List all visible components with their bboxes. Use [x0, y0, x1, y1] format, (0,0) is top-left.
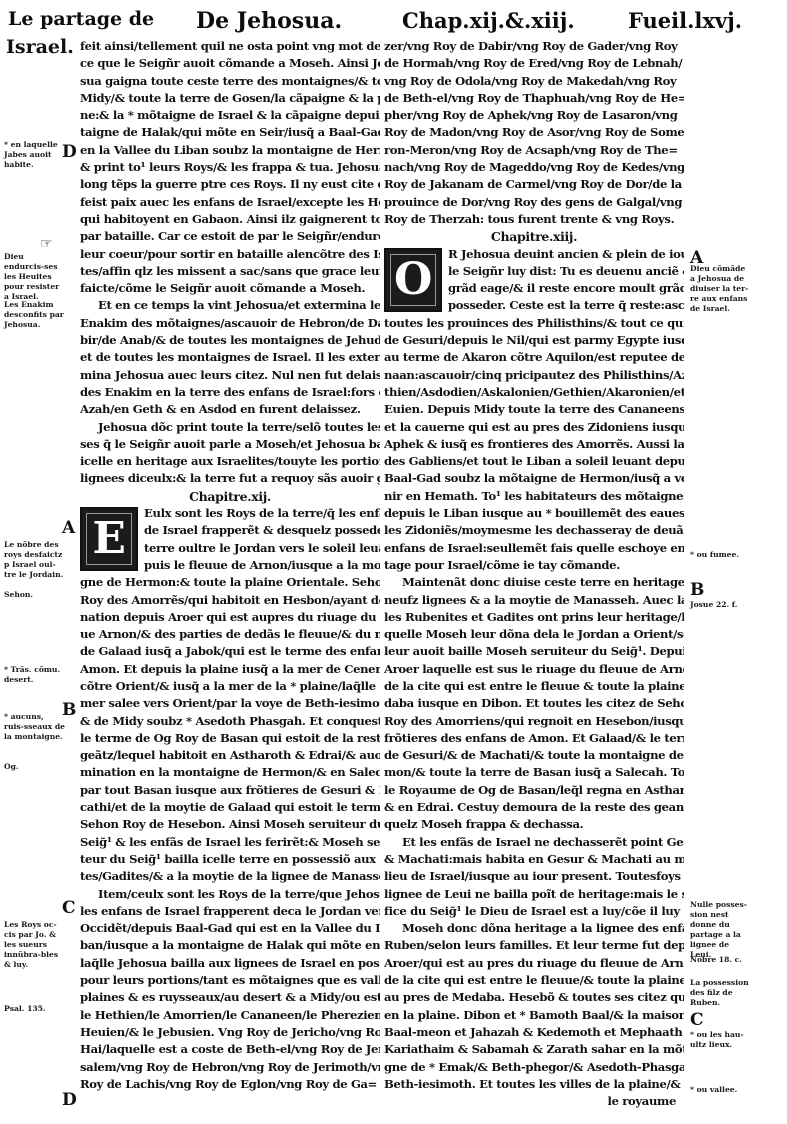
text-line: feist paix auec les enfans de Israel/exc… [80, 194, 380, 211]
margin-note: * aucuns, ruis-sseaux de la montaigne. [4, 712, 66, 742]
paragraph-first-line: Et les enfãs de Israel ne dechasserẽt po… [384, 834, 684, 851]
margin-note: Dieu endurcis-ses les Heuites pour resis… [4, 252, 66, 302]
text-line: ron-Meron/vng Roy de Acsaph/vng Roy de T… [384, 142, 684, 159]
text-line: Aroer laquelle est sus le riuage du fleu… [384, 661, 684, 678]
text-line: feit ainsi/tellement quil ne osta point … [80, 38, 380, 55]
paragraph-first-line: Moseh donc dõna heritage a la lignee des… [384, 920, 684, 937]
text-line: par tout Basan iusque aux frõtieres de G… [80, 782, 380, 799]
margin-section-letter: A [62, 518, 75, 538]
text-line: au pres de Medaba. Hesebõ & toutes ses c… [384, 989, 684, 1006]
text-line: Baal-Gad soubz la mõtaigne de Hermon/ius… [384, 470, 684, 487]
margin-note: Les Enakim desconfits par Jehosua. [4, 300, 66, 330]
margin-section-letter: D [62, 1090, 77, 1110]
chapter-heading: Chapitre.xij. [80, 488, 380, 505]
margin-section-letter: D [62, 142, 77, 162]
margin-note: Nulle posses-sion nest donne du partage … [690, 900, 752, 960]
text-line: prouince de Dor/vng Roy des gens de Galg… [384, 194, 684, 211]
paragraph-first-line: Maintenãt donc diuise ceste terre en her… [384, 574, 684, 591]
running-word: Israel. [6, 36, 74, 58]
folio-number: Fueil.lxvj. [628, 8, 742, 33]
document-page: Le partage de De Jehosua. Chap.xij.&.xii… [0, 0, 787, 1124]
text-line: ses q̃ le Seigñr auoit parle a Moseh/et… [80, 436, 380, 453]
text-line: long tẽps la guerre ptre ces Roys. Il ny… [80, 176, 380, 193]
margin-note: * Trãs. cõmu. desert. [4, 665, 66, 685]
text-line: tage pour Israel/cõme ie tay cõmande. [384, 557, 684, 574]
text-line: par bataille. Car ce estoit de par le Se… [80, 228, 380, 245]
chapter-heading: Chapitre.xiij. [384, 228, 684, 245]
text-line: Enakim des mõtaignes/ascauoir de Hebron/… [80, 315, 380, 332]
running-head-left: Le partage de [8, 8, 154, 30]
pointing-hand-icon: ☞ [40, 236, 53, 252]
text-line: tes/affin qlz les missent a sac/sans que… [80, 263, 380, 280]
margin-note: * ou vallee. [690, 1085, 752, 1095]
text-line: vng Roy de Odola/vng Roy de Makedah/vng … [384, 73, 684, 90]
margin-note: * en laquelle Jabes auoit habite. [4, 140, 66, 170]
text-line: Roy de Therzah: tous furent trente & vng… [384, 211, 684, 228]
text-line: qui habitoyent en Gabaon. Ainsi ilz gaig… [80, 211, 380, 228]
text-line: mer salee vers Orient/par la voye de Bet… [80, 695, 380, 712]
text-line: Heuien/& le Jebusien. Vng Roy de Jericho… [80, 1024, 380, 1041]
text-line: ban/iusque a la montaigne de Halak qui m… [80, 937, 380, 954]
text-line: sua gaigna toute ceste terre des montaig… [80, 73, 380, 90]
paragraph-first-line: Item/ceulx sont les Roys de la terre/que… [80, 886, 380, 903]
margin-section-letter: C [690, 1010, 704, 1030]
text-line: Aphek & iusq̃ es frontieres des Amorrẽs.… [384, 436, 684, 453]
text-line: mina Jehosua auec leurs citez. Nul nen f… [80, 367, 380, 384]
text-line: salem/vng Roy de Hebron/vng Roy de Jerim… [80, 1059, 380, 1076]
text-line: le terme de Og Roy de Basan qui estoit d… [80, 730, 380, 747]
text-line: plaines & es ruysseaux/au desert & a Mid… [80, 989, 380, 1006]
text-line: nach/vng Roy de Mageddo/vng Roy de Kedes… [384, 159, 684, 176]
text-line: Beth-iesimoth. Et toutes les villes de l… [384, 1076, 684, 1093]
text-line: au terme de Akaron cõtre Aquilon/est rep… [384, 349, 684, 366]
margin-note: Josue 22. f. [690, 600, 752, 610]
text-line: fice du Seig̃¹ le Dieu de Israel est a l… [384, 903, 684, 920]
text-line: frõtieres des enfans de Amon. Et Galaad/… [384, 730, 684, 747]
text-line: de Gesuri/& de Machati/& toute la montai… [384, 747, 684, 764]
text-line: mon/& toute la terre de Basan iusq̃ a Sa… [384, 764, 684, 781]
text-line: daba iusque en Dibon. Et toutes les cite… [384, 695, 684, 712]
margin-note: Dieu cõmãde a Jehosua de diuiser la ter-… [690, 264, 752, 314]
text-line: leur coeur/pour sortir en bataille alenc… [80, 246, 380, 263]
text-line: des Gabliens/et tout le Liban a soleil l… [384, 453, 684, 470]
text-line: Azah/en Geth & en Asdod en furent delais… [80, 401, 380, 418]
margin-note: Le nõbre des roys desfaictz p Israel oul… [4, 540, 66, 580]
text-line: des Enakim en la terre des enfans de Isr… [80, 384, 380, 401]
text-line: Roy de Lachis/vng Roy de Eglon/vng Roy d… [80, 1076, 380, 1093]
text-line: geãtz/lequel habitoit en Astharoth & Edr… [80, 747, 380, 764]
text-line: les Rubenites et Gadites ont prins leur … [384, 609, 684, 626]
text-line: depuis le Liban iusque au * bouillemẽt d… [384, 505, 684, 522]
text-line: lignees diceulx:& la terre fut a requoy … [80, 470, 380, 487]
initial-letter: E [92, 530, 125, 547]
paragraph-first-line: Et en ce temps la vint Jehosua/et exterm… [80, 297, 380, 314]
text-line: gne de * Emak/& Beth-phegor/& Asedoth-Ph… [384, 1059, 684, 1076]
dropcap-paragraph: EEulx sont les Roys de la terre/q̃ les e… [80, 505, 380, 574]
text-line: icelle en heritage aux Israelites/touyte… [80, 453, 380, 470]
text-line: zer/vng Roy de Dabir/vng Roy de Gader/vn… [384, 38, 684, 55]
illuminated-initial: E [80, 507, 138, 571]
margin-note: Psal. 135. [4, 1004, 66, 1014]
text-line: Baal-meon et Jahazah & Kedemoth et Mepha… [384, 1024, 684, 1041]
text-line: Kariathaim & Sabamah & Zarath sahar en l… [384, 1041, 684, 1058]
text-line: nation depuis Aroer qui est aupres du ri… [80, 609, 380, 626]
illuminated-initial: O [384, 248, 442, 312]
margin-note: Og. [4, 762, 66, 772]
text-line: cathi/et de la moytie de Galaad qui esto… [80, 799, 380, 816]
text-line: et la cauerne qui est au pres des Zidoni… [384, 419, 684, 436]
text-line: les Zidoniẽs/moymesme les dechasseray de… [384, 522, 684, 539]
text-line: tes/Gadites/& a la moytie de la lignee d… [80, 868, 380, 885]
text-line: le Hethien/le Amorrien/le Cananeen/le Ph… [80, 1007, 380, 1024]
text-line: nir en Hemath. To¹ les habitateurs des m… [384, 488, 684, 505]
text-line: neufz lignees & a la moytie de Manasseh.… [384, 592, 684, 609]
margin-note: * ou les hau-ultz lieux. [690, 1030, 752, 1050]
text-line: de Gesuri/depuis le Nil/qui est parmy Eg… [384, 332, 684, 349]
text-line: lieu de Israel/iusque au iour present. T… [384, 868, 684, 885]
margin-note: La possession des filz de Ruben. [690, 978, 752, 1008]
text-line: le Royaume de Og de Basan/leq̃l regna en… [384, 782, 684, 799]
text-line: de Hormah/vng Roy de Ered/vng Roy de Leb… [384, 55, 684, 72]
running-head-book: De Jehosua. [196, 8, 342, 34]
text-line: en la Vallee du Liban soubz la montaigne… [80, 142, 380, 159]
margin-section-letter: C [62, 898, 76, 918]
text-line: Hai/laquelle est a coste de Beth-el/vng … [80, 1041, 380, 1058]
text-line: de la cite qui est entre le fleuue/& tou… [384, 972, 684, 989]
text-line: de la cite qui est entre le fleuue & tou… [384, 678, 684, 695]
text-line: en la plaine. Dibon et * Bamoth Baal/& l… [384, 1007, 684, 1024]
text-line: Occidẽt/depuis Baal-Gad qui est en la Va… [80, 920, 380, 937]
text-line: Roy de Jakanam de Carmel/vng Roy de Dor/… [384, 176, 684, 193]
dropcap-paragraph: OR Jehosua deuint ancien & plein de iour… [384, 246, 684, 315]
text-line: thien/Asdodien/Askalonien/Gethien/Akaron… [384, 384, 684, 401]
text-line: toutes les prouinces des Philisthins/& t… [384, 315, 684, 332]
text-line: ne:& la * mõtaigne de Israel & la cãpaig… [80, 107, 380, 124]
text-line: et de toutes les montaignes de Israel. I… [80, 349, 380, 366]
text-line: Euien. Depuis Midy toute la terre des Ca… [384, 401, 684, 418]
text-line: Roy des Amorriens/qui regnoit en Hesebon… [384, 713, 684, 730]
text-line: Sehon Roy de Hesebon. Ainsi Moseh seruit… [80, 816, 380, 833]
left-text-column: feit ainsi/tellement quil ne osta point … [80, 38, 380, 1093]
text-line: de Galaad iusq̃ a Jabok/qui est le terme… [80, 643, 380, 660]
text-line: gne de Hermon:& toute la plaine Oriental… [80, 574, 380, 591]
text-line: naan:ascauoir/cinq pricipautez des Phili… [384, 367, 684, 384]
margin-note: * ou fumee. [690, 550, 752, 560]
paragraph-first-line: Jehosua dõc print toute la terre/selõ to… [80, 419, 380, 436]
catchword: le royaume [384, 1093, 684, 1110]
text-line: pher/vng Roy de Aphek/vng Roy de Lasaron… [384, 107, 684, 124]
text-line: Roy des Amorrẽs/qui habitoit en Hesbon/a… [80, 592, 380, 609]
text-line: quelle Moseh leur dõna dela le Jordan a … [384, 626, 684, 643]
text-line: & Machati:mais habita en Gesur & Machati… [384, 851, 684, 868]
text-line: cõtre Orient/& iusq̃ a la mer de la * pl… [80, 678, 380, 695]
text-line: leur auoit baille Moseh seruiteur du Sei… [384, 643, 684, 660]
margin-section-letter: B [690, 580, 704, 600]
text-line: mination en la montaigne de Hermon/& en … [80, 764, 380, 781]
right-text-column: zer/vng Roy de Dabir/vng Roy de Gader/vn… [384, 38, 684, 1110]
text-line: taigne de Halak/qui mõte en Seir/iusq̃ a… [80, 124, 380, 141]
margin-note: Nõbre 18. c. [690, 955, 752, 965]
text-line: de Beth-el/vng Roy de Thaphuah/vng Roy d… [384, 90, 684, 107]
text-line: Amon. Et depuis la plaine iusq̃ a la mer… [80, 661, 380, 678]
running-head-chapter: Chap.xij.&.xiij. [402, 8, 575, 33]
text-line: Ruben/selon leurs familles. Et leur term… [384, 937, 684, 954]
initial-letter: O [394, 271, 432, 288]
text-line: laq̃lle Jehosua bailla aux lignees de Is… [80, 955, 380, 972]
text-line: & de Midy soubz * Asedoth Phasgah. Et co… [80, 713, 380, 730]
margin-note: Sehon. [4, 590, 66, 600]
margin-note: Les Roys oc-cis par Jo. & les sueurs inn… [4, 920, 66, 970]
text-line: & en Edrai. Cestuy demoura de la reste d… [384, 799, 684, 816]
text-line: teur du Seig̃¹ bailla icelle terre en po… [80, 851, 380, 868]
text-line: Roy de Madon/vng Roy de Asor/vng Roy de … [384, 124, 684, 141]
text-line: Midy/& toute la terre de Gosen/la cãpaig… [80, 90, 380, 107]
text-line: les enfans de Israel frapperent deca le … [80, 903, 380, 920]
text-line: faicte/cõme le Seigñr auoit cõmande a M… [80, 280, 380, 297]
text-line: enfans de Israel:seullemẽt fais quelle e… [384, 540, 684, 557]
text-line: bir/de Anab/& de toutes les montaignes d… [80, 332, 380, 349]
text-line: pour leurs portions/tant es mõtaignes qu… [80, 972, 380, 989]
text-line: lignee de Leui ne bailla poĩt de heritag… [384, 886, 684, 903]
text-line: ue Arnon/& des parties de dedãs le fleuu… [80, 626, 380, 643]
text-line: & print to¹ leurs Roys/& les frappa & tu… [80, 159, 380, 176]
text-line: Seig̃¹ & les enfãs de Israel les ferirẽt… [80, 834, 380, 851]
text-line: ce que le Seigñr auoit cõmande a Moseh.… [80, 55, 380, 72]
text-line: quelz Moseh frappa & dechassa. [384, 816, 684, 833]
text-line: Aroer/qui est au pres du riuage du fleuu… [384, 955, 684, 972]
